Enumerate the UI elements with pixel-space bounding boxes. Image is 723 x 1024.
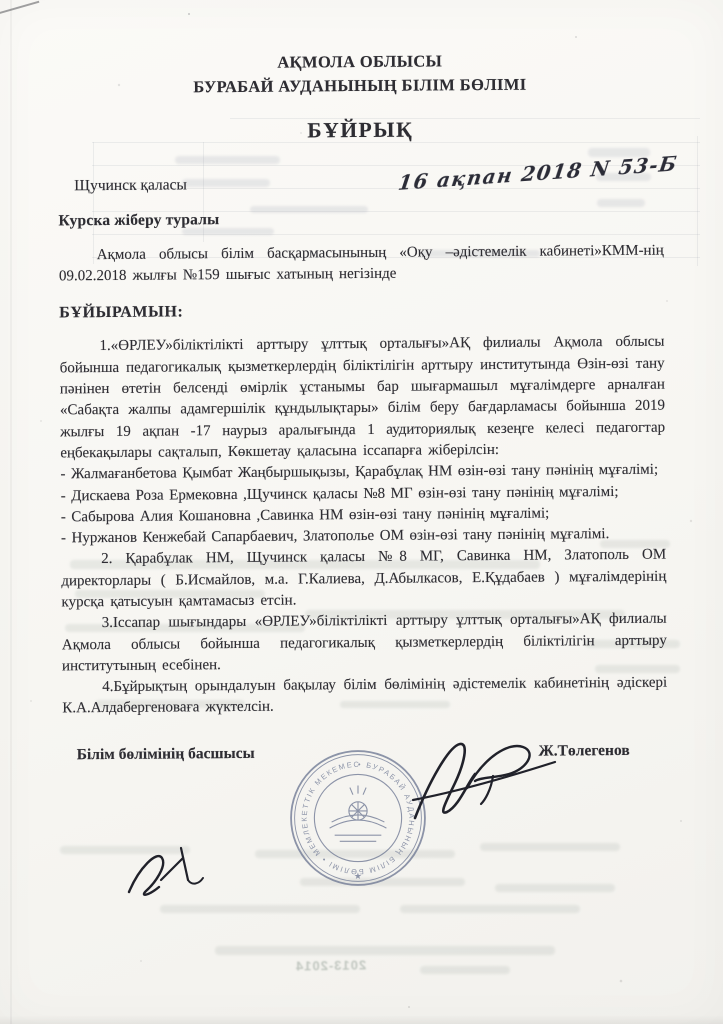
resolution-word: БҰЙЫРАМЫН: [59, 300, 664, 323]
org-header: АҚМОЛА ОБЛЫСЫ БУРАБАЙ АУДАНЫНЫҢ БІЛІМ БӨ… [57, 48, 662, 101]
scan-edge-line [10, 0, 12, 1024]
director-signature [405, 736, 560, 836]
secondary-signature [115, 836, 225, 914]
state-emblem-icon [330, 786, 387, 842]
clause-3: 3.Іссапар шығындары «ӨРЛЕУ»біліктілікті … [62, 609, 667, 678]
scan-bottom-shade [0, 1015, 723, 1024]
svg-text:• БУРАБАЙ АУДАНЫНЫҢ БІЛІМ БӨЛІ: • БУРАБАЙ АУДАНЫНЫҢ БІЛІМ БӨЛІМІ • МЕМЛЕ… [287, 747, 416, 876]
document-title: БҰЙРЫҚ [58, 115, 663, 145]
scanned-order-document: 2013-2014 АҚМОЛА ОБЛЫСЫ БУРАБАЙ АУДАНЫНЫ… [0, 0, 723, 1024]
org-name-line2: БУРАБАЙ АУДАНЫНЫҢ БІЛІМ БӨЛІМІ [57, 72, 662, 101]
clause-2: 2. Қарабұлак НМ, Щучинск қаласы №8 МГ, С… [61, 545, 666, 614]
clause-4: 4.Бұйрықтың орындалуын бақылау білім бөл… [62, 673, 667, 720]
subject-line: Курска жіберу туралы [58, 207, 663, 230]
stamp-star-icon: ★ [354, 871, 362, 881]
clause-1: 1.«ӨРЛЕУ»біліктілікті арттыру ұлттық орт… [59, 332, 665, 465]
stamp-ring-text: • БУРАБАЙ АУДАНЫНЫҢ БІЛІМ БӨЛІМІ • МЕМЛЕ… [287, 747, 416, 876]
signer-title: Білім бөлімінің басшысы [77, 745, 255, 764]
basis-paragraph: Ақмола облысы білім басқармасынының «Оқу… [59, 240, 664, 287]
